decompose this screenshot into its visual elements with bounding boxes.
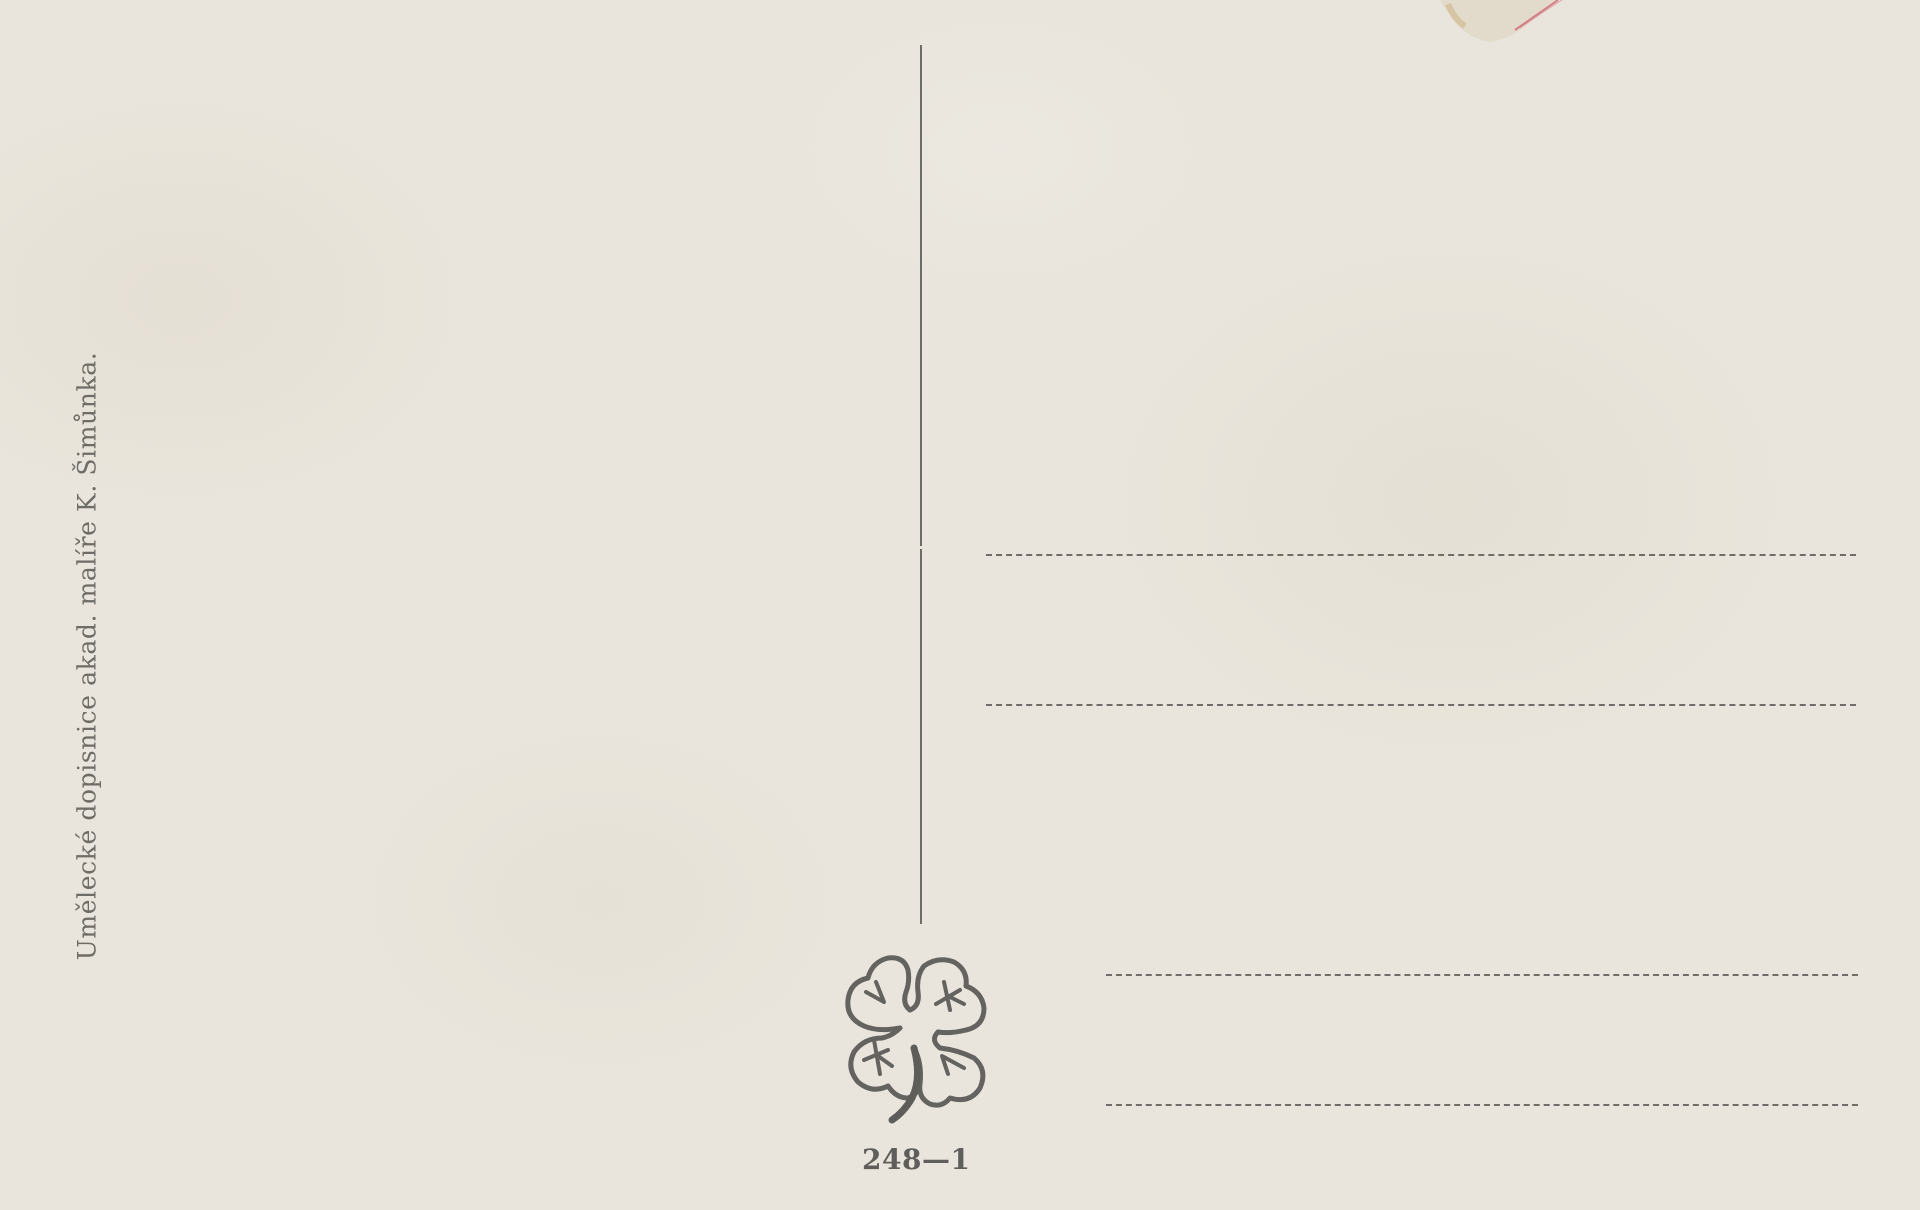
address-line-1 xyxy=(986,554,1856,556)
four-leaf-clover-icon xyxy=(838,948,996,1128)
publisher-caption: Umělecké dopisnice akad. malíře K. Šimůn… xyxy=(73,352,102,961)
vertical-divider-bottom xyxy=(920,549,922,924)
address-line-3 xyxy=(1106,974,1858,976)
address-line-4 xyxy=(1106,1104,1858,1106)
address-line-2 xyxy=(986,704,1856,706)
serial-number: 248—1 xyxy=(862,1143,970,1176)
postcard-back: Umělecké dopisnice akad. malíře K. Šimůn… xyxy=(0,0,1920,1210)
corner-stain xyxy=(1420,0,1580,55)
vertical-divider-top xyxy=(920,45,922,546)
